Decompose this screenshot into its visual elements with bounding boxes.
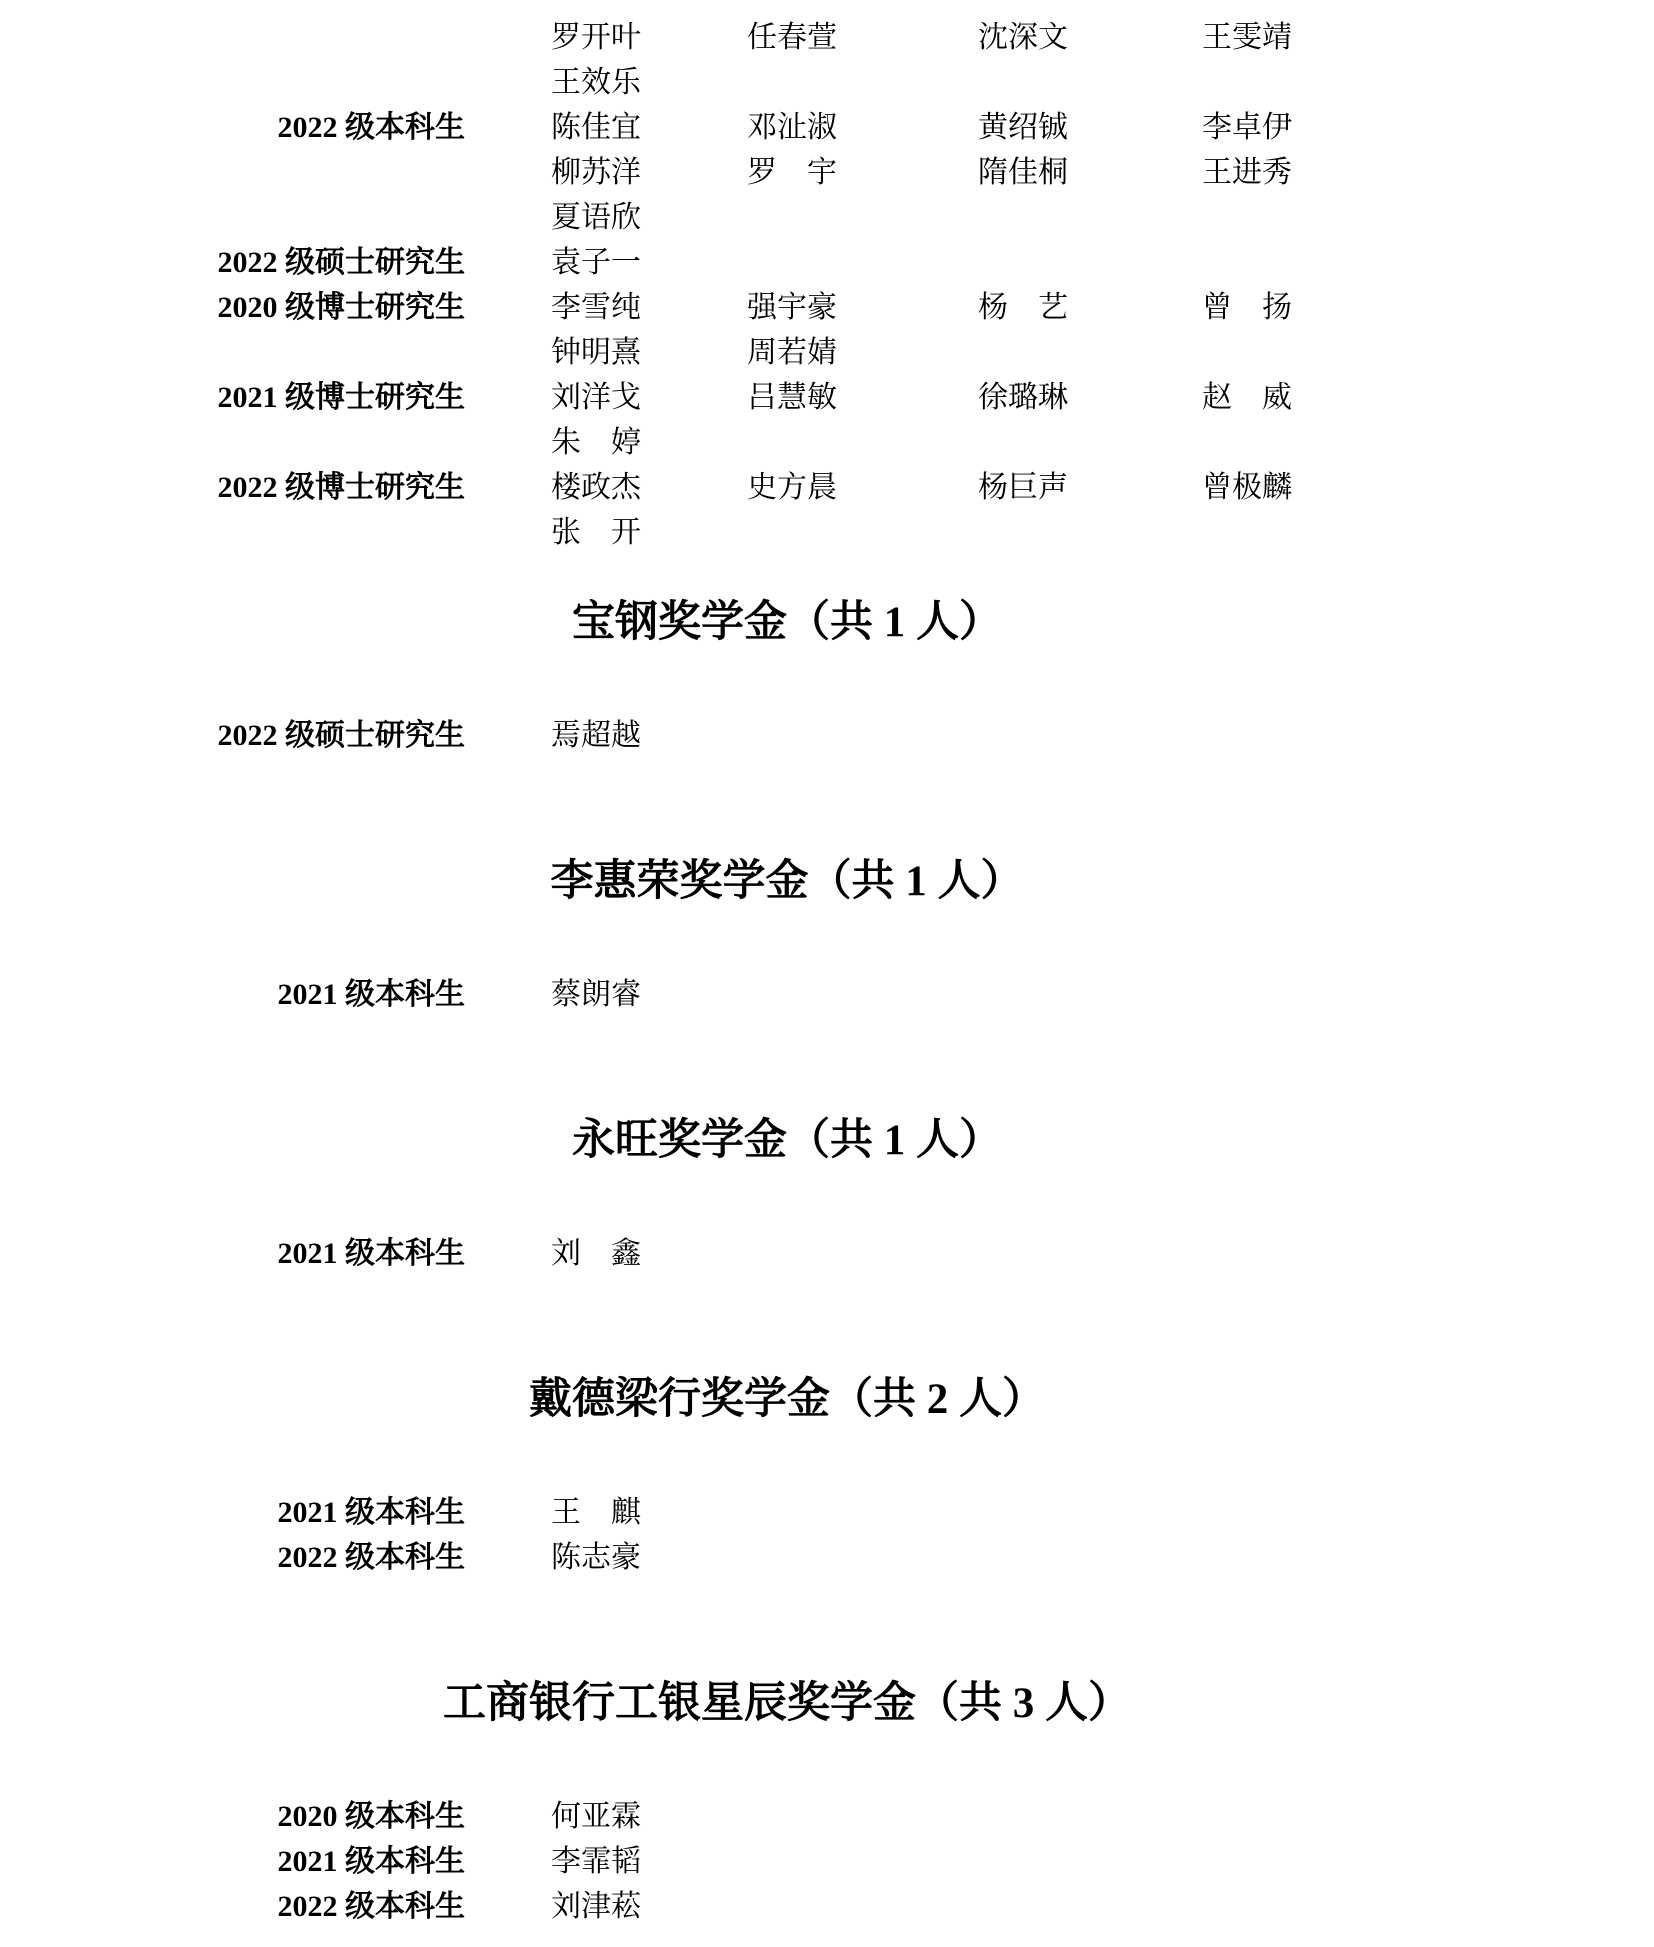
roster-rows: 2021 级本科生刘 鑫	[205, 1231, 1369, 1276]
student-name: 任春萱	[747, 15, 978, 60]
name-list: 刘洋戈吕慧敏徐璐琳赵 威	[551, 375, 1292, 420]
student-name: 柳苏洋	[551, 150, 747, 195]
scholarship-section: 宝钢奖学金（共 1 人）2022 级硕士研究生焉超越	[205, 593, 1369, 758]
student-name: 罗开叶	[551, 15, 747, 60]
cohort-label	[205, 510, 465, 555]
roster-row: 2021 级本科生王 麒	[205, 1490, 1369, 1535]
cohort-label: 2020 级博士研究生	[205, 285, 465, 330]
student-name: 焉超越	[551, 713, 747, 758]
student-name: 隋佳桐	[978, 150, 1202, 195]
cohort-label	[205, 150, 465, 195]
roster-row: 罗开叶任春萱沈深文王雯靖	[205, 15, 1369, 60]
roster-row: 2022 级本科生刘津菘	[205, 1884, 1369, 1929]
cohort-label: 2021 级本科生	[205, 1231, 465, 1276]
name-list: 钟明熹周若婧	[551, 330, 978, 375]
roster-row: 2021 级本科生刘 鑫	[205, 1231, 1369, 1276]
cohort-label: 2021 级本科生	[205, 972, 465, 1017]
name-list: 陈佳宜邓沚淑黄绍铖李卓伊	[551, 105, 1292, 150]
name-list: 王效乐	[551, 60, 747, 105]
student-name: 强宇豪	[747, 285, 978, 330]
student-name: 钟明熹	[551, 330, 747, 375]
name-list: 刘津菘	[551, 1884, 747, 1929]
cohort-label	[205, 60, 465, 105]
roster-row: 钟明熹周若婧	[205, 330, 1369, 375]
roster-row: 张 开	[205, 510, 1369, 555]
cohort-label: 2021 级本科生	[205, 1490, 465, 1535]
cohort-label	[205, 420, 465, 465]
roster-row: 2021 级本科生蔡朗睿	[205, 972, 1369, 1017]
name-list: 朱 婷	[551, 420, 747, 465]
roster-row: 夏语欣	[205, 195, 1369, 240]
name-list: 罗开叶任春萱沈深文王雯靖	[551, 15, 1292, 60]
roster-row: 2022 级硕士研究生袁子一	[205, 240, 1369, 285]
scholarship-title: 永旺奖学金（共 1 人）	[205, 1111, 1369, 1171]
roster-rows: 罗开叶任春萱沈深文王雯靖王效乐2022 级本科生陈佳宜邓沚淑黄绍铖李卓伊柳苏洋罗…	[205, 15, 1369, 555]
cohort-label: 2022 级硕士研究生	[205, 240, 465, 285]
roster-rows: 2021 级本科生蔡朗睿	[205, 972, 1369, 1017]
scholarship-title: 工商银行工银星辰奖学金（共 3 人）	[205, 1674, 1369, 1734]
scholarship-section: 戴德梁行奖学金（共 2 人）2021 级本科生王 麒2022 级本科生陈志豪	[205, 1370, 1369, 1580]
student-name: 史方晨	[747, 465, 978, 510]
student-name: 曾 扬	[1202, 285, 1292, 330]
cohort-label	[205, 15, 465, 60]
roster-rows: 2020 级本科生何亚霖2021 级本科生李霏韬2022 级本科生刘津菘	[205, 1794, 1369, 1929]
roster-row: 2021 级博士研究生刘洋戈吕慧敏徐璐琳赵 威	[205, 375, 1369, 420]
student-name: 王进秀	[1202, 150, 1292, 195]
student-name: 陈佳宜	[551, 105, 747, 150]
student-name: 罗 宇	[747, 150, 978, 195]
cohort-label: 2021 级博士研究生	[205, 375, 465, 420]
scholarship-section: 罗开叶任春萱沈深文王雯靖王效乐2022 级本科生陈佳宜邓沚淑黄绍铖李卓伊柳苏洋罗…	[205, 15, 1369, 555]
name-list: 柳苏洋罗 宇隋佳桐王进秀	[551, 150, 1292, 195]
scholarship-section: 李惠荣奖学金（共 1 人）2021 级本科生蔡朗睿	[205, 852, 1369, 1017]
cohort-label: 2021 级本科生	[205, 1839, 465, 1884]
student-name: 蔡朗睿	[551, 972, 747, 1017]
roster-rows: 2022 级硕士研究生焉超越	[205, 713, 1369, 758]
student-name: 陈志豪	[551, 1535, 747, 1580]
student-name: 李霏韬	[551, 1839, 747, 1884]
student-name: 李卓伊	[1202, 105, 1292, 150]
student-name: 夏语欣	[551, 195, 747, 240]
name-list: 蔡朗睿	[551, 972, 747, 1017]
roster-row: 2022 级本科生陈志豪	[205, 1535, 1369, 1580]
student-name: 李雪纯	[551, 285, 747, 330]
scholarship-title: 戴德梁行奖学金（共 2 人）	[205, 1370, 1369, 1430]
student-name: 杨巨声	[978, 465, 1202, 510]
roster-row: 2022 级本科生陈佳宜邓沚淑黄绍铖李卓伊	[205, 105, 1369, 150]
student-name: 袁子一	[551, 240, 747, 285]
student-name: 朱 婷	[551, 420, 747, 465]
student-name: 周若婧	[747, 330, 978, 375]
student-name: 沈深文	[978, 15, 1202, 60]
cohort-label: 2020 级本科生	[205, 1794, 465, 1839]
student-name: 刘津菘	[551, 1884, 747, 1929]
name-list: 王 麒	[551, 1490, 747, 1535]
cohort-label: 2022 级本科生	[205, 105, 465, 150]
roster-row: 朱 婷	[205, 420, 1369, 465]
name-list: 刘 鑫	[551, 1231, 747, 1276]
roster-row: 柳苏洋罗 宇隋佳桐王进秀	[205, 150, 1369, 195]
name-list: 陈志豪	[551, 1535, 747, 1580]
student-name: 刘洋戈	[551, 375, 747, 420]
name-list: 张 开	[551, 510, 747, 555]
scholarship-sections: 罗开叶任春萱沈深文王雯靖王效乐2022 级本科生陈佳宜邓沚淑黄绍铖李卓伊柳苏洋罗…	[205, 0, 1369, 1929]
cohort-label	[205, 330, 465, 375]
student-name: 何亚霖	[551, 1794, 747, 1839]
cohort-label: 2022 级硕士研究生	[205, 713, 465, 758]
cohort-label: 2022 级博士研究生	[205, 465, 465, 510]
name-list: 李雪纯强宇豪杨 艺曾 扬	[551, 285, 1292, 330]
scholarship-section: 工商银行工银星辰奖学金（共 3 人）2020 级本科生何亚霖2021 级本科生李…	[205, 1674, 1369, 1929]
student-name: 吕慧敏	[747, 375, 978, 420]
name-list: 焉超越	[551, 713, 747, 758]
roster-row: 2022 级博士研究生楼政杰史方晨杨巨声曾极麟	[205, 465, 1369, 510]
name-list: 楼政杰史方晨杨巨声曾极麟	[551, 465, 1292, 510]
name-list: 李霏韬	[551, 1839, 747, 1884]
cohort-label	[205, 195, 465, 240]
roster-row: 2022 级硕士研究生焉超越	[205, 713, 1369, 758]
scholarship-title: 宝钢奖学金（共 1 人）	[205, 593, 1369, 653]
student-name: 黄绍铖	[978, 105, 1202, 150]
name-list: 夏语欣	[551, 195, 747, 240]
scholarship-section: 永旺奖学金（共 1 人）2021 级本科生刘 鑫	[205, 1111, 1369, 1276]
student-name: 楼政杰	[551, 465, 747, 510]
student-name: 曾极麟	[1202, 465, 1292, 510]
name-list: 袁子一	[551, 240, 747, 285]
roster-row: 2020 级博士研究生李雪纯强宇豪杨 艺曾 扬	[205, 285, 1369, 330]
student-name: 张 开	[551, 510, 747, 555]
cohort-label: 2022 级本科生	[205, 1884, 465, 1929]
cohort-label: 2022 级本科生	[205, 1535, 465, 1580]
student-name: 王雯靖	[1202, 15, 1292, 60]
student-name: 王效乐	[551, 60, 747, 105]
roster-row: 2021 级本科生李霏韬	[205, 1839, 1369, 1884]
roster-row: 2020 级本科生何亚霖	[205, 1794, 1369, 1839]
roster-row: 王效乐	[205, 60, 1369, 105]
student-name: 杨 艺	[978, 285, 1202, 330]
student-name: 赵 威	[1202, 375, 1292, 420]
name-list: 何亚霖	[551, 1794, 747, 1839]
student-name: 刘 鑫	[551, 1231, 747, 1276]
student-name: 王 麒	[551, 1490, 747, 1535]
student-name: 徐璐琳	[978, 375, 1202, 420]
document-page: 罗开叶任春萱沈深文王雯靖王效乐2022 级本科生陈佳宜邓沚淑黄绍铖李卓伊柳苏洋罗…	[0, 0, 1654, 1947]
roster-rows: 2021 级本科生王 麒2022 级本科生陈志豪	[205, 1490, 1369, 1580]
student-name: 邓沚淑	[747, 105, 978, 150]
scholarship-title: 李惠荣奖学金（共 1 人）	[205, 852, 1369, 912]
